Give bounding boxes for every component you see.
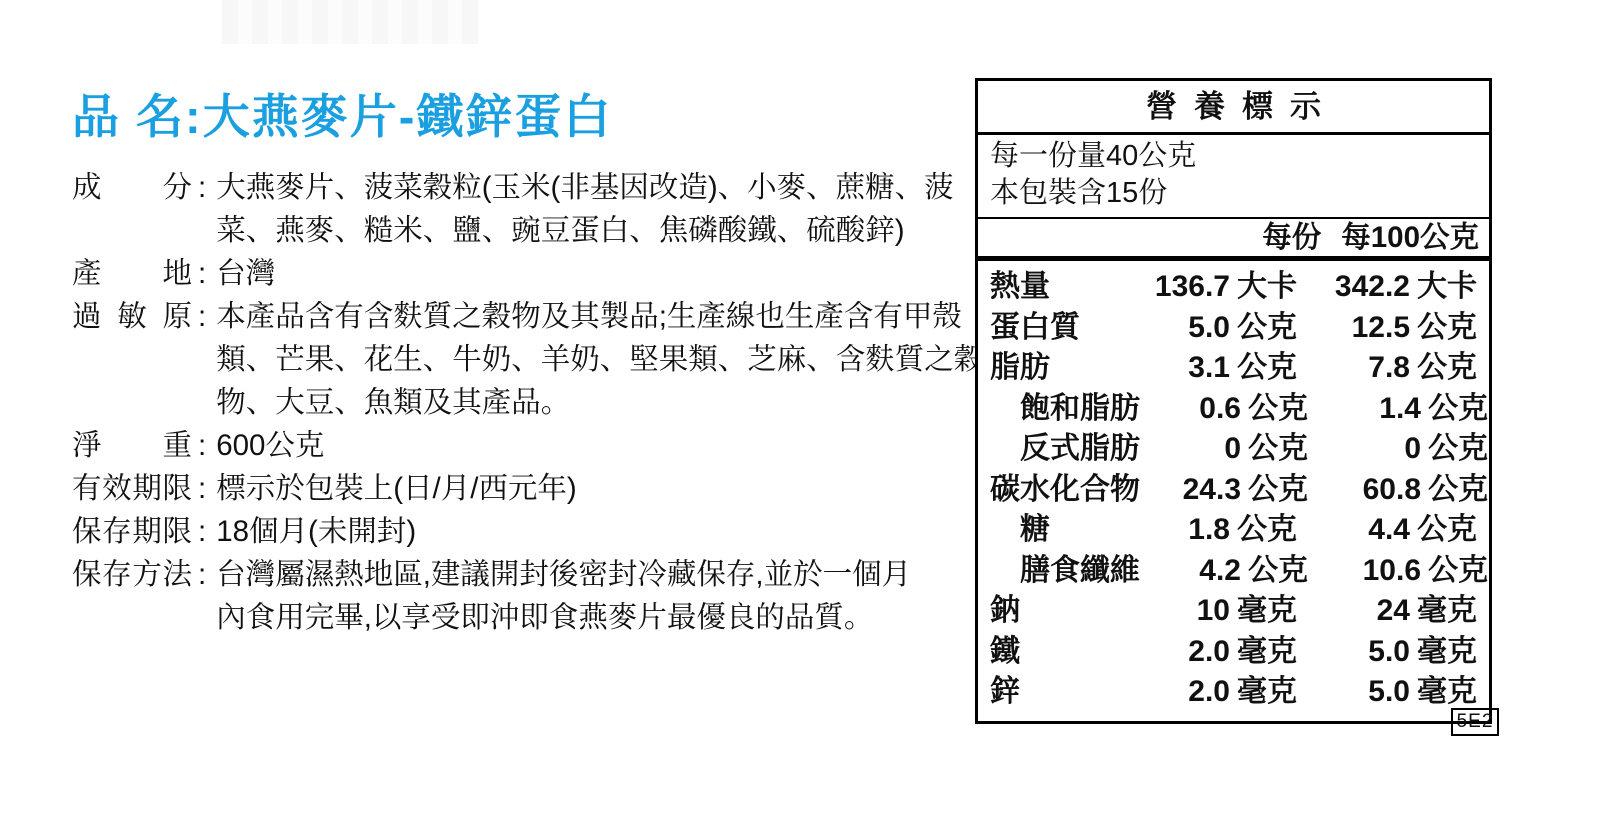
info-value-line: 本產品含有含麩質之穀物及其製品;生產線也生產含有甲殼	[216, 295, 983, 338]
info-value: 標示於包裝上(日/月/西元年)	[216, 467, 577, 510]
info-row-storage: 保存方法 : 台灣屬濕熱地區,建議開封後密封冷藏保存,並於一個月 內食用完畢,以…	[72, 553, 983, 639]
per-serving-value: 3.1公克	[1129, 348, 1297, 389]
info-value-line: 18個月(未開封)	[216, 510, 416, 553]
product-info-list: 成分 : 大燕麥片、菠菜穀粒(玉米(非基因改造)、小麥、蔗糖、菠 菜、燕麥、糙米…	[72, 166, 983, 639]
value-unit: 公克	[1237, 311, 1297, 344]
nutrient-label: 鐵	[990, 632, 1129, 673]
info-row-shelf-life: 保存期限 : 18個月(未開封)	[72, 510, 983, 553]
per-serving-value: 0公克	[1140, 429, 1308, 470]
value-number: 12.5	[1352, 311, 1410, 344]
per-serving-value: 1.8公克	[1129, 510, 1297, 551]
value-unit: 毫克	[1417, 635, 1477, 668]
value-number: 2.0	[1188, 635, 1230, 668]
per-serving-value: 2.0毫克	[1129, 632, 1297, 673]
nutrient-label: 飽和脂肪	[990, 389, 1140, 430]
page-title: 品 名:大燕麥片-鐵鋅蛋白	[72, 80, 612, 147]
info-value-line: 標示於包裝上(日/月/西元年)	[216, 467, 577, 510]
table-row-zinc: 鋅 2.0毫克 5.0毫克	[990, 672, 1477, 713]
info-row-expiry-date: 有效期限 : 標示於包裝上(日/月/西元年)	[72, 467, 983, 510]
value-number: 2.0	[1188, 675, 1230, 708]
table-row-calories: 熱量 136.7大卡 342.2大卡	[990, 267, 1477, 308]
per-100g-value: 1.4公克	[1308, 389, 1488, 430]
table-row-trans-fat: 反式脂肪 0公克 0公克	[990, 429, 1477, 470]
nutrient-label: 蛋白質	[990, 308, 1129, 349]
per-serving-value: 24.3公克	[1140, 470, 1308, 511]
value-number: 7.8	[1368, 351, 1410, 384]
info-row-allergens: 過敏原 : 本產品含有含麩質之穀物及其製品;生產線也生產含有甲殼 類、芒果、花生…	[72, 295, 983, 424]
info-colon: :	[198, 510, 206, 553]
per-100g-value: 12.5公克	[1297, 308, 1477, 349]
per-100g-value: 5.0毫克	[1297, 632, 1477, 673]
servings-per-pack-line: 本包裝含15份	[990, 175, 1479, 212]
info-label: 產地	[72, 252, 192, 295]
serving-info: 每一份量40公克 本包裝含15份	[978, 135, 1489, 219]
info-value-line: 台灣屬濕熱地區,建議開封後密封冷藏保存,並於一個月	[216, 553, 911, 596]
nutrient-label: 脂肪	[990, 348, 1129, 389]
value-number: 1.8	[1188, 513, 1230, 546]
value-unit: 公克	[1417, 513, 1477, 546]
info-label: 成分	[72, 166, 192, 209]
value-unit: 毫克	[1237, 594, 1297, 627]
table-row-dietary-fiber: 膳食纖維 4.2公克 10.6公克	[990, 551, 1477, 592]
value-number: 5.0	[1368, 675, 1410, 708]
info-value: 台灣	[216, 252, 275, 295]
value-unit: 毫克	[1237, 635, 1297, 668]
info-value: 大燕麥片、菠菜穀粒(玉米(非基因改造)、小麥、蔗糖、菠 菜、燕麥、糙米、鹽、豌豆…	[216, 166, 953, 252]
nutrient-label: 熱量	[990, 267, 1129, 308]
info-colon: :	[198, 252, 206, 295]
per-serving-value: 2.0毫克	[1129, 672, 1297, 713]
value-number: 24	[1377, 594, 1410, 627]
info-row-net-weight: 淨重 : 600公克	[72, 424, 983, 467]
per-100g-value: 5.0毫克	[1297, 672, 1477, 713]
column-header-row: 每份 每100公克	[978, 219, 1489, 261]
nutrition-table-title: 營養標示	[978, 81, 1489, 135]
info-value-line: 內食用完畢,以享受即沖即食燕麥片最優良的品質。	[216, 596, 911, 639]
info-label: 淨重	[72, 424, 192, 467]
value-unit: 毫克	[1417, 594, 1477, 627]
serving-size-line: 每一份量40公克	[990, 138, 1479, 175]
info-value-line: 大燕麥片、菠菜穀粒(玉米(非基因改造)、小麥、蔗糖、菠	[216, 166, 953, 209]
value-number: 1.4	[1379, 392, 1421, 425]
cropped-top-artifact	[222, 0, 478, 44]
per-serving-value: 4.2公克	[1140, 551, 1308, 592]
value-unit: 公克	[1428, 432, 1488, 465]
info-value-line: 600公克	[216, 424, 324, 467]
value-unit: 公克	[1417, 311, 1477, 344]
nutrient-label: 鈉	[990, 591, 1129, 632]
value-unit: 公克	[1428, 554, 1488, 587]
value-number: 0	[1404, 432, 1421, 465]
per-100g-value: 342.2大卡	[1297, 267, 1477, 308]
column-header-per-serving: 每份	[1262, 219, 1321, 256]
value-unit: 毫克	[1237, 675, 1297, 708]
info-value: 台灣屬濕熱地區,建議開封後密封冷藏保存,並於一個月 內食用完畢,以享受即沖即食燕…	[216, 553, 911, 639]
value-number: 10.6	[1363, 554, 1421, 587]
column-header-per-100g: 每100公克	[1341, 219, 1479, 256]
info-label: 有效期限	[72, 467, 192, 510]
value-unit: 公克	[1248, 554, 1308, 587]
info-label: 保存期限	[72, 510, 192, 553]
per-100g-value: 60.8公克	[1308, 470, 1488, 511]
info-colon: :	[198, 424, 206, 467]
per-serving-value: 0.6公克	[1140, 389, 1308, 430]
nutrient-label: 糖	[990, 510, 1129, 551]
info-row-ingredients: 成分 : 大燕麥片、菠菜穀粒(玉米(非基因改造)、小麥、蔗糖、菠 菜、燕麥、糙米…	[72, 166, 983, 252]
value-unit: 公克	[1417, 351, 1477, 384]
table-row-sugar: 糖 1.8公克 4.4公克	[990, 510, 1477, 551]
nutrient-label: 鋅	[990, 672, 1129, 713]
per-serving-value: 136.7大卡	[1129, 267, 1297, 308]
info-label: 保存方法	[72, 553, 192, 596]
per-100g-value: 0公克	[1308, 429, 1488, 470]
per-100g-value: 7.8公克	[1297, 348, 1477, 389]
value-number: 0.6	[1199, 392, 1241, 425]
per-100g-value: 24毫克	[1297, 591, 1477, 632]
info-colon: :	[198, 295, 206, 338]
nutrient-label: 反式脂肪	[990, 429, 1140, 470]
table-row-carbohydrate: 碳水化合物 24.3公克 60.8公克	[990, 470, 1477, 511]
info-colon: :	[198, 166, 206, 209]
value-number: 60.8	[1363, 473, 1421, 506]
per-serving-value: 5.0公克	[1129, 308, 1297, 349]
info-colon: :	[198, 467, 206, 510]
value-unit: 公克	[1237, 351, 1297, 384]
per-100g-value: 4.4公克	[1297, 510, 1477, 551]
value-unit: 公克	[1428, 392, 1488, 425]
value-unit: 公克	[1248, 432, 1308, 465]
value-unit: 大卡	[1237, 270, 1297, 303]
value-unit: 公克	[1248, 473, 1308, 506]
table-row-sodium: 鈉 10毫克 24毫克	[990, 591, 1477, 632]
value-number: 24.3	[1183, 473, 1241, 506]
value-number: 342.2	[1335, 270, 1410, 303]
info-row-origin: 產地 : 台灣	[72, 252, 983, 295]
value-unit: 公克	[1428, 473, 1488, 506]
per-100g-value: 10.6公克	[1308, 551, 1488, 592]
value-number: 4.2	[1199, 554, 1241, 587]
info-value-line: 物、大豆、魚類及其產品。	[216, 381, 983, 424]
info-colon: :	[198, 553, 206, 596]
info-value: 本產品含有含麩質之穀物及其製品;生產線也生產含有甲殼 類、芒果、花生、牛奶、羊奶…	[216, 295, 983, 424]
value-number: 3.1	[1188, 351, 1230, 384]
batch-code-badge: 5E2	[1451, 708, 1499, 736]
value-number: 4.4	[1368, 513, 1410, 546]
value-unit: 公克	[1248, 392, 1308, 425]
value-unit: 公克	[1237, 513, 1297, 546]
info-value-line: 類、芒果、花生、牛奶、羊奶、堅果類、芝麻、含麩質之穀	[216, 338, 983, 381]
value-unit: 大卡	[1417, 270, 1477, 303]
value-number: 0	[1224, 432, 1241, 465]
nutrition-facts-table: 營養標示 每一份量40公克 本包裝含15份 每份 每100公克 熱量 136.7…	[975, 78, 1492, 724]
value-number: 10	[1197, 594, 1230, 627]
table-row-iron: 鐵 2.0毫克 5.0毫克	[990, 632, 1477, 673]
nutrition-rows: 熱量 136.7大卡 342.2大卡 蛋白質 5.0公克 12.5公克 脂肪 3…	[978, 261, 1489, 721]
table-row-saturated-fat: 飽和脂肪 0.6公克 1.4公克	[990, 389, 1477, 430]
info-value-line: 菜、燕麥、糙米、鹽、豌豆蛋白、焦磷酸鐵、硫酸鋅)	[216, 209, 953, 252]
value-number: 5.0	[1368, 635, 1410, 668]
info-value-line: 台灣	[216, 252, 275, 295]
table-row-fat: 脂肪 3.1公克 7.8公克	[990, 348, 1477, 389]
table-row-protein: 蛋白質 5.0公克 12.5公克	[990, 308, 1477, 349]
value-number: 136.7	[1155, 270, 1230, 303]
value-number: 5.0	[1188, 311, 1230, 344]
info-value: 600公克	[216, 424, 324, 467]
info-value: 18個月(未開封)	[216, 510, 416, 553]
info-label: 過敏原	[72, 295, 192, 338]
nutrient-label: 膳食纖維	[990, 551, 1140, 592]
value-unit: 毫克	[1417, 675, 1477, 708]
per-serving-value: 10毫克	[1129, 591, 1297, 632]
nutrient-label: 碳水化合物	[990, 470, 1140, 511]
